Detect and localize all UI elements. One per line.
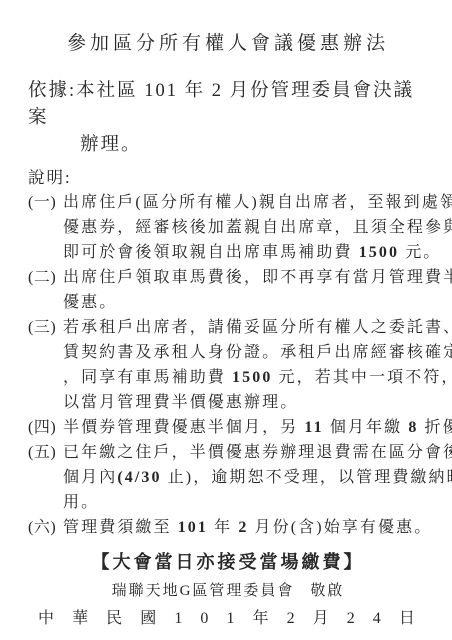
text-segment: 元。: [399, 244, 441, 261]
text-segment: 元，若其中一項不符，則: [272, 369, 452, 386]
item-line: 即可於會後領取親自出席車馬補助費 1500 元。: [63, 240, 428, 265]
text-segment: 半價券管理費優惠半個月，另: [63, 419, 304, 436]
date-char: 年: [253, 608, 269, 629]
document-page: 參加區分所有權人會議優惠辦法 依據:本社區 101 年 2 月份管理委員會決議案…: [0, 0, 452, 640]
text-segment: 年: [208, 519, 238, 536]
item-line: 管理費須繳至 101 年 2 月份(含)始享有優惠。: [63, 515, 428, 540]
item-line: 賃契約書及承租人身份證。承租戶出席經審核確定者: [63, 340, 428, 365]
text-segment: 月份(含)始享有優惠。: [248, 519, 432, 536]
list-item: (二)出席住戶領取車馬費後，即不再享有當月管理費半價優惠。: [28, 265, 428, 315]
item-line: 已年繳之住戶，半價優惠券辦理退費需在區分會後一: [63, 440, 428, 465]
date-char: 月: [313, 608, 329, 629]
item-line: 個月內(4/30 止)，逾期恕不受理，以管理費繳納時抵: [63, 465, 428, 490]
bold-number: 101: [178, 519, 208, 536]
text-segment: ，同享有車馬補助費: [63, 369, 232, 386]
section-label: 說明:: [28, 165, 428, 190]
text-segment: 個月內: [63, 469, 117, 486]
basis-paragraph: 依據:本社區 101 年 2 月份管理委員會決議案 辦理。: [28, 78, 428, 159]
item-number: (四): [28, 415, 56, 440]
item-line: 若承租戶出席者，請備妥區分所有權人之委託書、租: [63, 315, 428, 340]
item-number: (二): [28, 265, 56, 290]
item-line: 出席住戶(區分所有權人)親自出席者，至報到處領取: [63, 190, 428, 215]
date-char: 0: [200, 608, 208, 629]
bold-number: 1500: [359, 244, 399, 261]
bold-number: 11: [304, 419, 323, 436]
page-title: 參加區分所有權人會議優惠辦法: [28, 30, 428, 58]
item-line: 用。: [63, 490, 428, 515]
text-segment: 止)，逾期恕不受理，以管理費繳納時抵: [162, 469, 452, 486]
item-number: (三): [28, 315, 56, 340]
item-line: 優惠。: [63, 290, 428, 315]
date-char: 2: [347, 608, 355, 629]
text-segment: 個月年繳: [324, 419, 409, 436]
list-item: (三)若承租戶出席者，請備妥區分所有權人之委託書、租賃契約書及承租人身份證。承租…: [28, 315, 428, 415]
notice-banner: 【大會當日亦接受當場繳費】: [28, 549, 428, 575]
date-char: 國: [140, 608, 156, 629]
item-line: 半價券管理費優惠半個月，另 11 個月年繳 8 折優惠。: [63, 415, 428, 440]
bold-number: 2: [238, 519, 248, 536]
list-item: (一)出席住戶(區分所有權人)親自出席者，至報到處領取優惠券，經審核後加蓋親自出…: [28, 190, 428, 265]
basis-line: 依據:本社區 101 年 2 月份管理委員會決議案: [28, 78, 428, 132]
date-line: 中華民國101年2月24日: [38, 608, 415, 629]
item-line: 優惠券，經審核後加蓋親自出席章，且須全程參與，: [63, 215, 428, 240]
list-item: (四)半價券管理費優惠半個月，另 11 個月年繳 8 折優惠。: [28, 415, 428, 440]
bold-number: 8: [408, 419, 418, 436]
explanation-list: (一)出席住戶(區分所有權人)親自出席者，至報到處領取優惠券，經審核後加蓋親自出…: [28, 190, 428, 540]
signoff-line: 瑞聯天地G區管理委員會敬啟: [28, 582, 428, 601]
text-segment: 折優惠。: [418, 419, 452, 436]
text-segment: 管理費須繳至: [63, 519, 178, 536]
date-char: 中: [38, 608, 54, 629]
item-number: (六): [28, 515, 56, 540]
date-char: 1: [226, 608, 234, 629]
list-item: (六)管理費須繳至 101 年 2 月份(含)始享有優惠。: [28, 515, 428, 540]
item-number: (五): [28, 440, 56, 465]
date-char: 4: [373, 608, 381, 629]
closing-word: 敬啟: [310, 583, 344, 599]
list-item: (五)已年繳之住戶，半價優惠券辦理退費需在區分會後一個月內(4/30 止)，逾期…: [28, 440, 428, 515]
item-line: 出席住戶領取車馬費後，即不再享有當月管理費半價: [63, 265, 428, 290]
item-number: (一): [28, 190, 56, 215]
date-char: 華: [72, 608, 88, 629]
committee-name: 瑞聯天地G區管理委員會: [112, 583, 295, 599]
date-char: 日: [399, 608, 415, 629]
basis-line: 辦理。: [28, 132, 428, 159]
date-char: 1: [174, 608, 182, 629]
bold-number: (4/30: [117, 469, 161, 486]
item-line: ，同享有車馬補助費 1500 元，若其中一項不符，則: [63, 365, 428, 390]
text-segment: 即可於會後領取親自出席車馬補助費: [63, 244, 359, 261]
date-char: 2: [287, 608, 295, 629]
date-char: 民: [106, 608, 122, 629]
item-line: 以當月管理費半價優惠辦理。: [63, 390, 428, 415]
bold-number: 1500: [232, 369, 272, 386]
